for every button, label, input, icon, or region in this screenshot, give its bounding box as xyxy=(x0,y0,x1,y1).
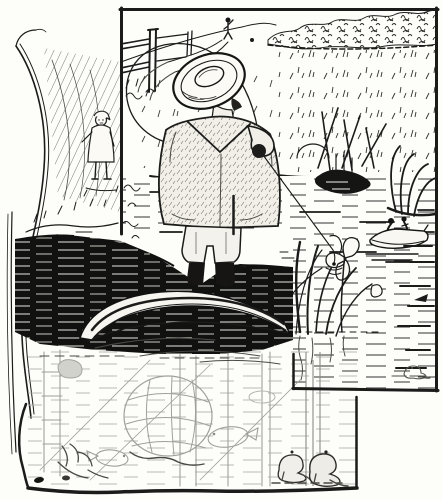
right-boot xyxy=(215,263,235,287)
float xyxy=(332,262,336,266)
storybook-engraving: Vintage pen-and-ink storybook engraving … xyxy=(0,0,442,500)
pale-rock xyxy=(58,360,82,378)
rower-head xyxy=(401,216,406,221)
illustration-canvas: Vintage pen-and-ink storybook engraving … xyxy=(0,0,442,500)
left-boot xyxy=(187,263,205,286)
stone xyxy=(250,38,254,42)
toddler-smock xyxy=(88,125,114,162)
underwater-inset xyxy=(19,350,357,493)
